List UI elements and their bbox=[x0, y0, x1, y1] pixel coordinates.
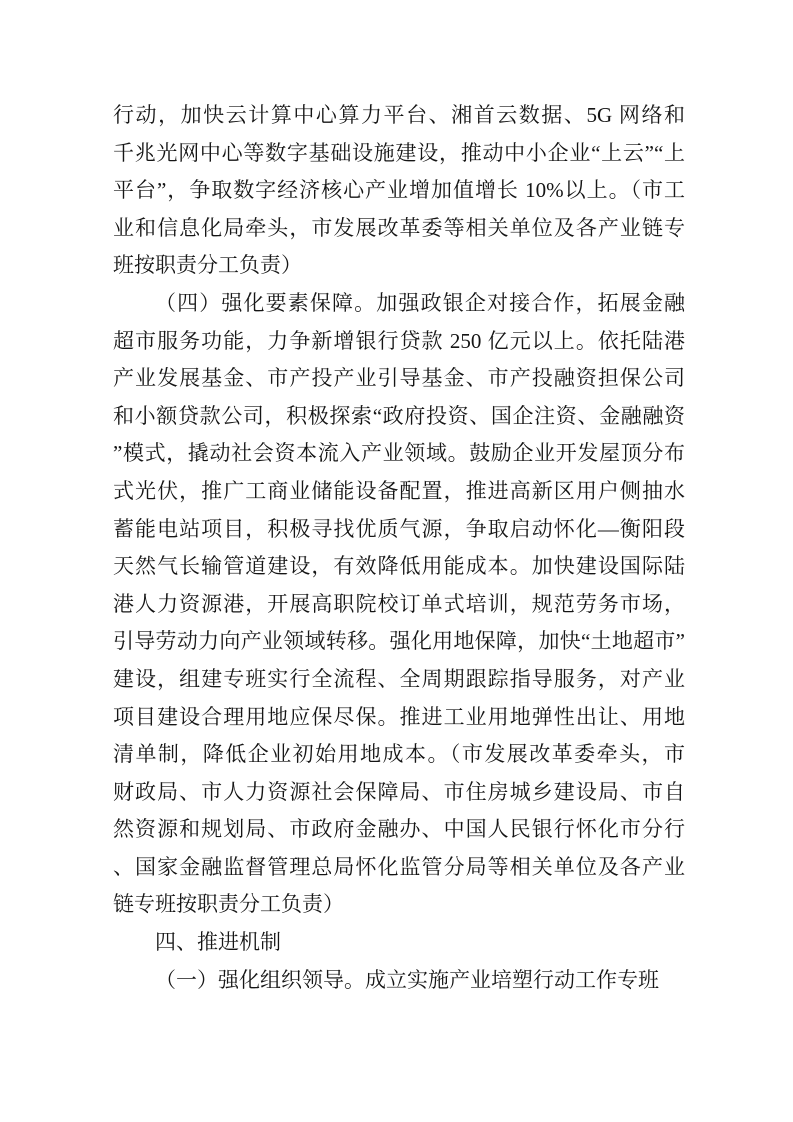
text-line: （一）强化组织领导。成立实施产业培塑行动工作专班 bbox=[113, 962, 685, 1000]
text-line: 清单制，降低企业初始用地成本。（市发展改革委牵头，市 bbox=[113, 736, 685, 774]
text-line: 超市服务功能，力争新增银行贷款 250 亿元以上。依托陆港 bbox=[113, 323, 685, 361]
text-line: 、国家金融监督管理总局怀化监管分局等相关单位及各产业 bbox=[113, 849, 685, 887]
text-line: 业和信息化局牵头，市发展改革委等相关单位及各产业链专 bbox=[113, 210, 685, 248]
text-line: ”模式，撬动社会资本流入产业领域。鼓励企业开发屋顶分布 bbox=[113, 435, 685, 473]
text-line: 财政局、市人力资源社会保障局、市住房城乡建设局、市自 bbox=[113, 774, 685, 812]
text-line: 链专班按职责分工负责） bbox=[113, 886, 685, 924]
text-line: 天然气长输管道建设，有效降低用能成本。加快建设国际陆 bbox=[113, 548, 685, 586]
text-line: 和小额贷款公司，积极探索“政府投资、国企注资、金融融资 bbox=[113, 398, 685, 436]
text-line: 千兆光网中心等数字基础设施建设，推动中小企业“上云”“上 bbox=[113, 135, 685, 173]
text-line: 行动，加快云计算中心算力平台、湘首云数据、5G 网络和 bbox=[113, 97, 685, 135]
document-page: 行动，加快云计算中心算力平台、湘首云数据、5G 网络和千兆光网中心等数字基础设施… bbox=[0, 0, 793, 1122]
text-line: 班按职责分工负责） bbox=[113, 247, 685, 285]
text-line: 蓄能电站项目，积极寻找优质气源，争取启动怀化—衡阳段 bbox=[113, 511, 685, 549]
text-line: 平台”，争取数字经济核心产业增加值增长 10%以上。（市工 bbox=[113, 172, 685, 210]
text-line: 港人力资源港，开展高职院校订单式培训，规范劳务市场， bbox=[113, 586, 685, 624]
text-line: 建设，组建专班实行全流程、全周期跟踪指导服务，对产业 bbox=[113, 661, 685, 699]
text-line: （四）强化要素保障。加强政银企对接合作，拓展金融 bbox=[113, 285, 685, 323]
text-line: 然资源和规划局、市政府金融办、中国人民银行怀化市分行 bbox=[113, 811, 685, 849]
text-line: 四、推进机制 bbox=[113, 924, 685, 962]
text-line: 引导劳动力向产业领域转移。强化用地保障，加快“土地超市” bbox=[113, 623, 685, 661]
text-line: 项目建设合理用地应保尽保。推进工业用地弹性出让、用地 bbox=[113, 699, 685, 737]
text-line: 产业发展基金、市产投产业引导基金、市产投融资担保公司 bbox=[113, 360, 685, 398]
text-line: 式光伏，推广工商业储能设备配置，推进高新区用户侧抽水 bbox=[113, 473, 685, 511]
document-body: 行动，加快云计算中心算力平台、湘首云数据、5G 网络和千兆光网中心等数字基础设施… bbox=[113, 97, 685, 999]
